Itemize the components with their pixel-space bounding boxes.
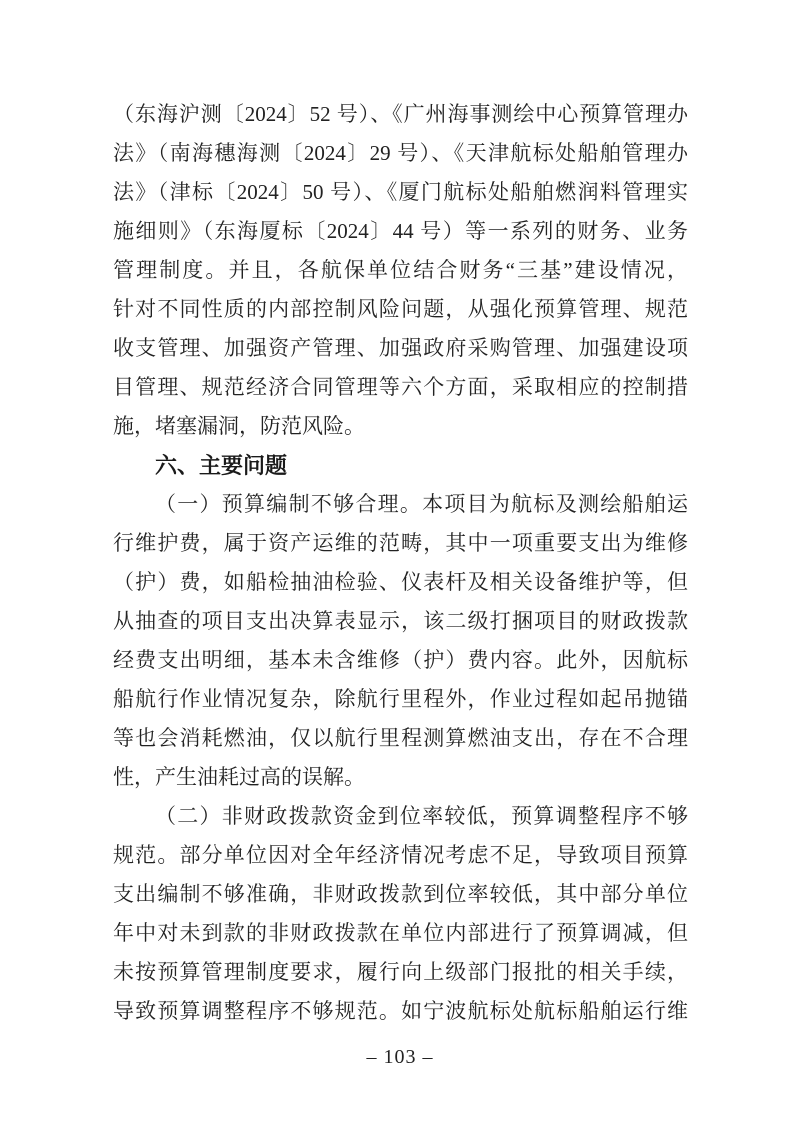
paragraph-line: 导致预算调整程序不够规范。如宁波航标处航标船舶运行维: [113, 992, 688, 1031]
paragraph-line: 支出编制不够准确，非财政拨款到位率较低，其中部分单位: [113, 875, 688, 914]
paragraph-line: 从抽查的项目支出决算表显示，该二级打捆项目的财政拨款: [113, 602, 688, 641]
paragraph-line: 性，产生油耗过高的误解。: [113, 758, 688, 797]
document-page: （东海沪测〔2024〕52 号）、《广州海事测绘中心预算管理办 法》（南海穗海测…: [0, 0, 800, 1131]
paragraph-line: 经费支出明细，基本未含维修（护）费内容。此外，因航标: [113, 641, 688, 680]
paragraph-line: 施，堵塞漏洞，防范风险。: [113, 407, 688, 446]
paragraph-line: （一）预算编制不够合理。本项目为航标及测绘船舶运: [113, 485, 688, 524]
paragraph-line: 等也会消耗燃油，仅以航行里程测算燃油支出，存在不合理: [113, 719, 688, 758]
paragraph-line: 管理制度。并且，各航保单位结合财务“三基”建设情况，: [113, 251, 688, 290]
paragraph-line: 法》（南海穗海测〔2024〕29 号）、《天津航标处船舶管理办: [113, 134, 688, 173]
paragraph-line: （二）非财政拨款资金到位率较低，预算调整程序不够: [113, 797, 688, 836]
section-heading: 六、主要问题: [113, 446, 688, 485]
paragraph-line: （东海沪测〔2024〕52 号）、《广州海事测绘中心预算管理办: [113, 95, 688, 134]
paragraph-line: 年中对未到款的非财政拨款在单位内部进行了预算调减，但: [113, 914, 688, 953]
paragraph-line: （护）费，如船检抽油检验、仪表杆及相关设备维护等，但: [113, 563, 688, 602]
paragraph-line: 法》（津标〔2024〕50 号）、《厦门航标处船舶燃润料管理实: [113, 173, 688, 212]
paragraph-line: 针对不同性质的内部控制风险问题，从强化预算管理、规范: [113, 290, 688, 329]
paragraph-line: 未按预算管理制度要求，履行向上级部门报批的相关手续，: [113, 953, 688, 992]
page-number: – 103 –: [0, 1042, 800, 1072]
paragraph-line: 施细则》（东海厦标〔2024〕44 号）等一系列的财务、业务: [113, 212, 688, 251]
paragraph-line: 规范。部分单位因对全年经济情况考虑不足，导致项目预算: [113, 836, 688, 875]
document-body: （东海沪测〔2024〕52 号）、《广州海事测绘中心预算管理办 法》（南海穗海测…: [113, 95, 688, 1031]
paragraph-line: 目管理、规范经济合同管理等六个方面，采取相应的控制措: [113, 368, 688, 407]
paragraph-line: 行维护费，属于资产运维的范畴，其中一项重要支出为维修: [113, 524, 688, 563]
paragraph-line: 收支管理、加强资产管理、加强政府采购管理、加强建设项: [113, 329, 688, 368]
paragraph-line: 船航行作业情况复杂，除航行里程外，作业过程如起吊抛锚: [113, 680, 688, 719]
